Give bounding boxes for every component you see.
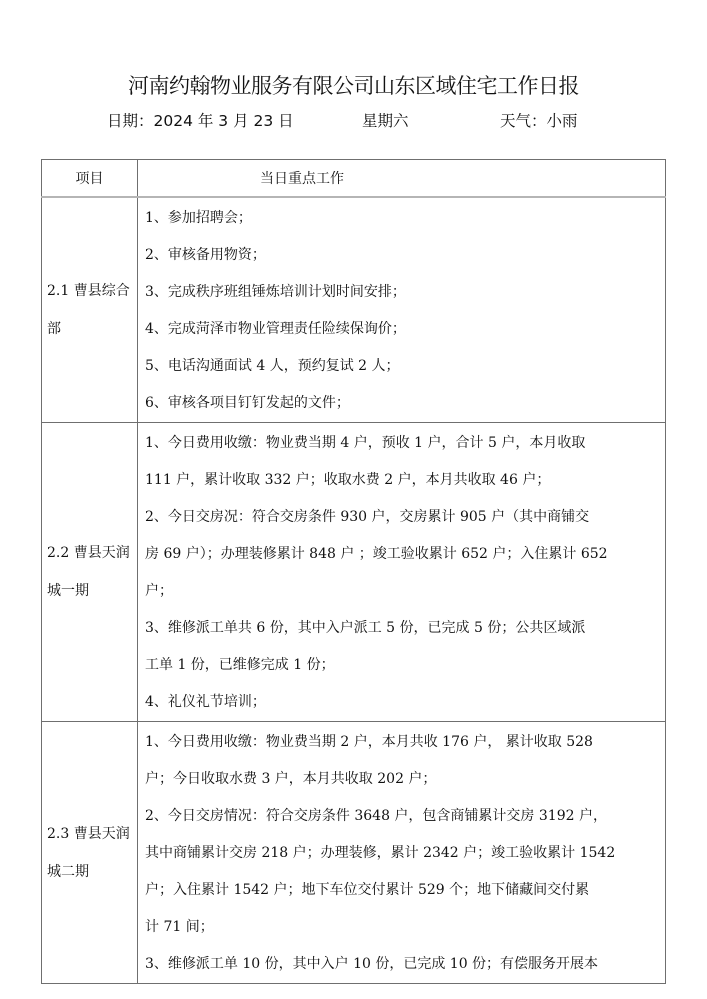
- daily-report-table: 项目 当日重点工作 2.1 曹县综合部 1、参加招聘会； 2、审核备用物资； 3…: [41, 159, 666, 984]
- work-line: 3、完成秩序班组锤炼培训计划时间安排；: [145, 274, 661, 311]
- work-line: 2、今日交房情况：符合交房条件 3648 户，包含商铺累计交房 3192 户，: [145, 798, 661, 835]
- work-line: 户；入住累计 1542 户；地下车位交付累计 529 个；地下储藏间交付累: [145, 872, 661, 909]
- work-line: 2、审核备用物资；: [145, 237, 661, 274]
- table-row: 2.1 曹县综合部 1、参加招聘会； 2、审核备用物资； 3、完成秩序班组锤炼培…: [42, 197, 666, 423]
- work-line: 6、审核各项目钉钉发起的文件；: [145, 385, 661, 422]
- table-header-row: 项目 当日重点工作: [42, 160, 666, 198]
- work-line: 户；今日收取水费 3 户，本月共收取 202 户；: [145, 761, 661, 798]
- report-weekday: 星期六: [362, 109, 409, 133]
- work-line: 计 71 间；: [145, 909, 661, 946]
- row-item-label: 2.1 曹县综合部: [42, 197, 138, 423]
- table-row: 2.3 曹县天润城二期 1、今日费用收缴：物业费当期 2 户，本月共收 176 …: [42, 722, 666, 984]
- work-line: 1、今日费用收缴：物业费当期 2 户，本月共收 176 户， 累计收取 528: [145, 724, 661, 761]
- work-line: 3、维修派工单 10 份，其中入户 10 份，已完成 10 份；有偿服务开展本: [145, 946, 661, 983]
- row-work-content: 1、今日费用收缴：物业费当期 4 户，预收 1 户，合计 5 户，本月收取 11…: [138, 423, 666, 722]
- work-line: 5、电话沟通面试 4 人，预约复试 2 人；: [145, 348, 661, 385]
- work-line: 户；: [145, 573, 661, 610]
- work-line: 4、完成菏泽市物业管理责任险续保询价；: [145, 311, 661, 348]
- work-line: 4、礼仪礼节培训；: [145, 684, 661, 721]
- document-title: 河南约翰物业服务有限公司山东区域住宅工作日报: [0, 70, 707, 100]
- work-line: 工单 1 份，已维修完成 1 份；: [145, 647, 661, 684]
- work-line: 1、参加招聘会；: [145, 200, 661, 237]
- work-line: 房 69 户）；办理装修累计 848 户 ；竣工验收累计 652 户；入住累计 …: [145, 536, 661, 573]
- work-line: 其中商铺累计交房 218 户；办理装修，累计 2342 户；竣工验收累计 154…: [145, 835, 661, 872]
- row-item-label: 2.3 曹县天润城二期: [42, 722, 138, 984]
- row-work-content: 1、今日费用收缴：物业费当期 2 户，本月共收 176 户， 累计收取 528 …: [138, 722, 666, 984]
- row-item-label: 2.2 曹县天润城一期: [42, 423, 138, 722]
- table-row: 2.2 曹县天润城一期 1、今日费用收缴：物业费当期 4 户，预收 1 户，合计…: [42, 423, 666, 722]
- header-work: 当日重点工作: [138, 160, 666, 198]
- work-line: 2、今日交房况：符合交房条件 930 户，交房累计 905 户（其中商铺交: [145, 499, 661, 536]
- header-item: 项目: [42, 160, 138, 198]
- work-line: 1、今日费用收缴：物业费当期 4 户，预收 1 户，合计 5 户，本月收取: [145, 425, 661, 462]
- report-weather: 天气：小雨: [500, 109, 578, 133]
- report-date: 日期：2024 年 3 月 23 日: [107, 109, 294, 133]
- work-line: 3、维修派工单共 6 份，其中入户派工 5 份，已完成 5 份；公共区域派: [145, 610, 661, 647]
- work-line: 111 户，累计收取 332 户；收取水费 2 户，本月共收取 46 户；: [145, 462, 661, 499]
- row-work-content: 1、参加招聘会； 2、审核备用物资； 3、完成秩序班组锤炼培训计划时间安排； 4…: [138, 197, 666, 423]
